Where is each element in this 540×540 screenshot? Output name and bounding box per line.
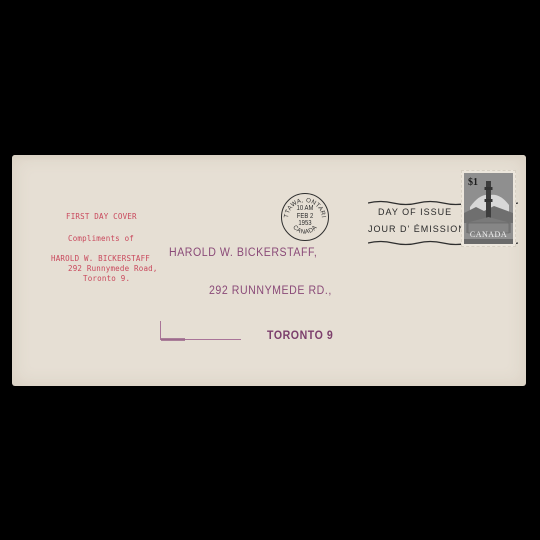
first-day-cover-envelope: FIRST DAY COVER Compliments of HAROLD W.… [12, 155, 526, 386]
stamp-bottom-band [464, 239, 513, 244]
addressee-name: HAROLD W. BICKERSTAFF, [169, 247, 317, 259]
cancel-day-of-issue: DAY OF ISSUE [378, 207, 452, 217]
return-address-city: Toronto 9. [83, 274, 130, 283]
postmark-time: 10 AM [285, 205, 324, 213]
addressee-city: TORONTO 9 [267, 330, 333, 342]
address-corner-guide-mark [160, 321, 241, 340]
addressee-street: 292 RUNNYMEDE RD., [209, 285, 332, 297]
return-address-name: HAROLD W. BICKERSTAFF [51, 254, 150, 263]
return-address-compliments: Compliments of [68, 234, 134, 243]
postmark-date: FEB 2 [285, 213, 324, 221]
stamp-value: $1 [468, 177, 478, 188]
stamp-country: CANADA [464, 230, 513, 239]
postage-stamp: $1 CANADA [461, 170, 516, 247]
stamp-image: $1 CANADA [464, 173, 513, 244]
postmark-center: 10 AM FEB 2 1953 [285, 205, 324, 228]
return-address-title: FIRST DAY COVER [66, 212, 137, 221]
cancel-jour-d-emission: JOUR D' ÉMISSION [368, 224, 466, 234]
postmark-year: 1953 [285, 220, 324, 228]
ottawa-postmark: OTTAWA, ONTARIO CANADA 10 AM FEB 2 1953 [281, 193, 329, 241]
return-address-street: 292 Runnymede Road, [68, 264, 158, 273]
